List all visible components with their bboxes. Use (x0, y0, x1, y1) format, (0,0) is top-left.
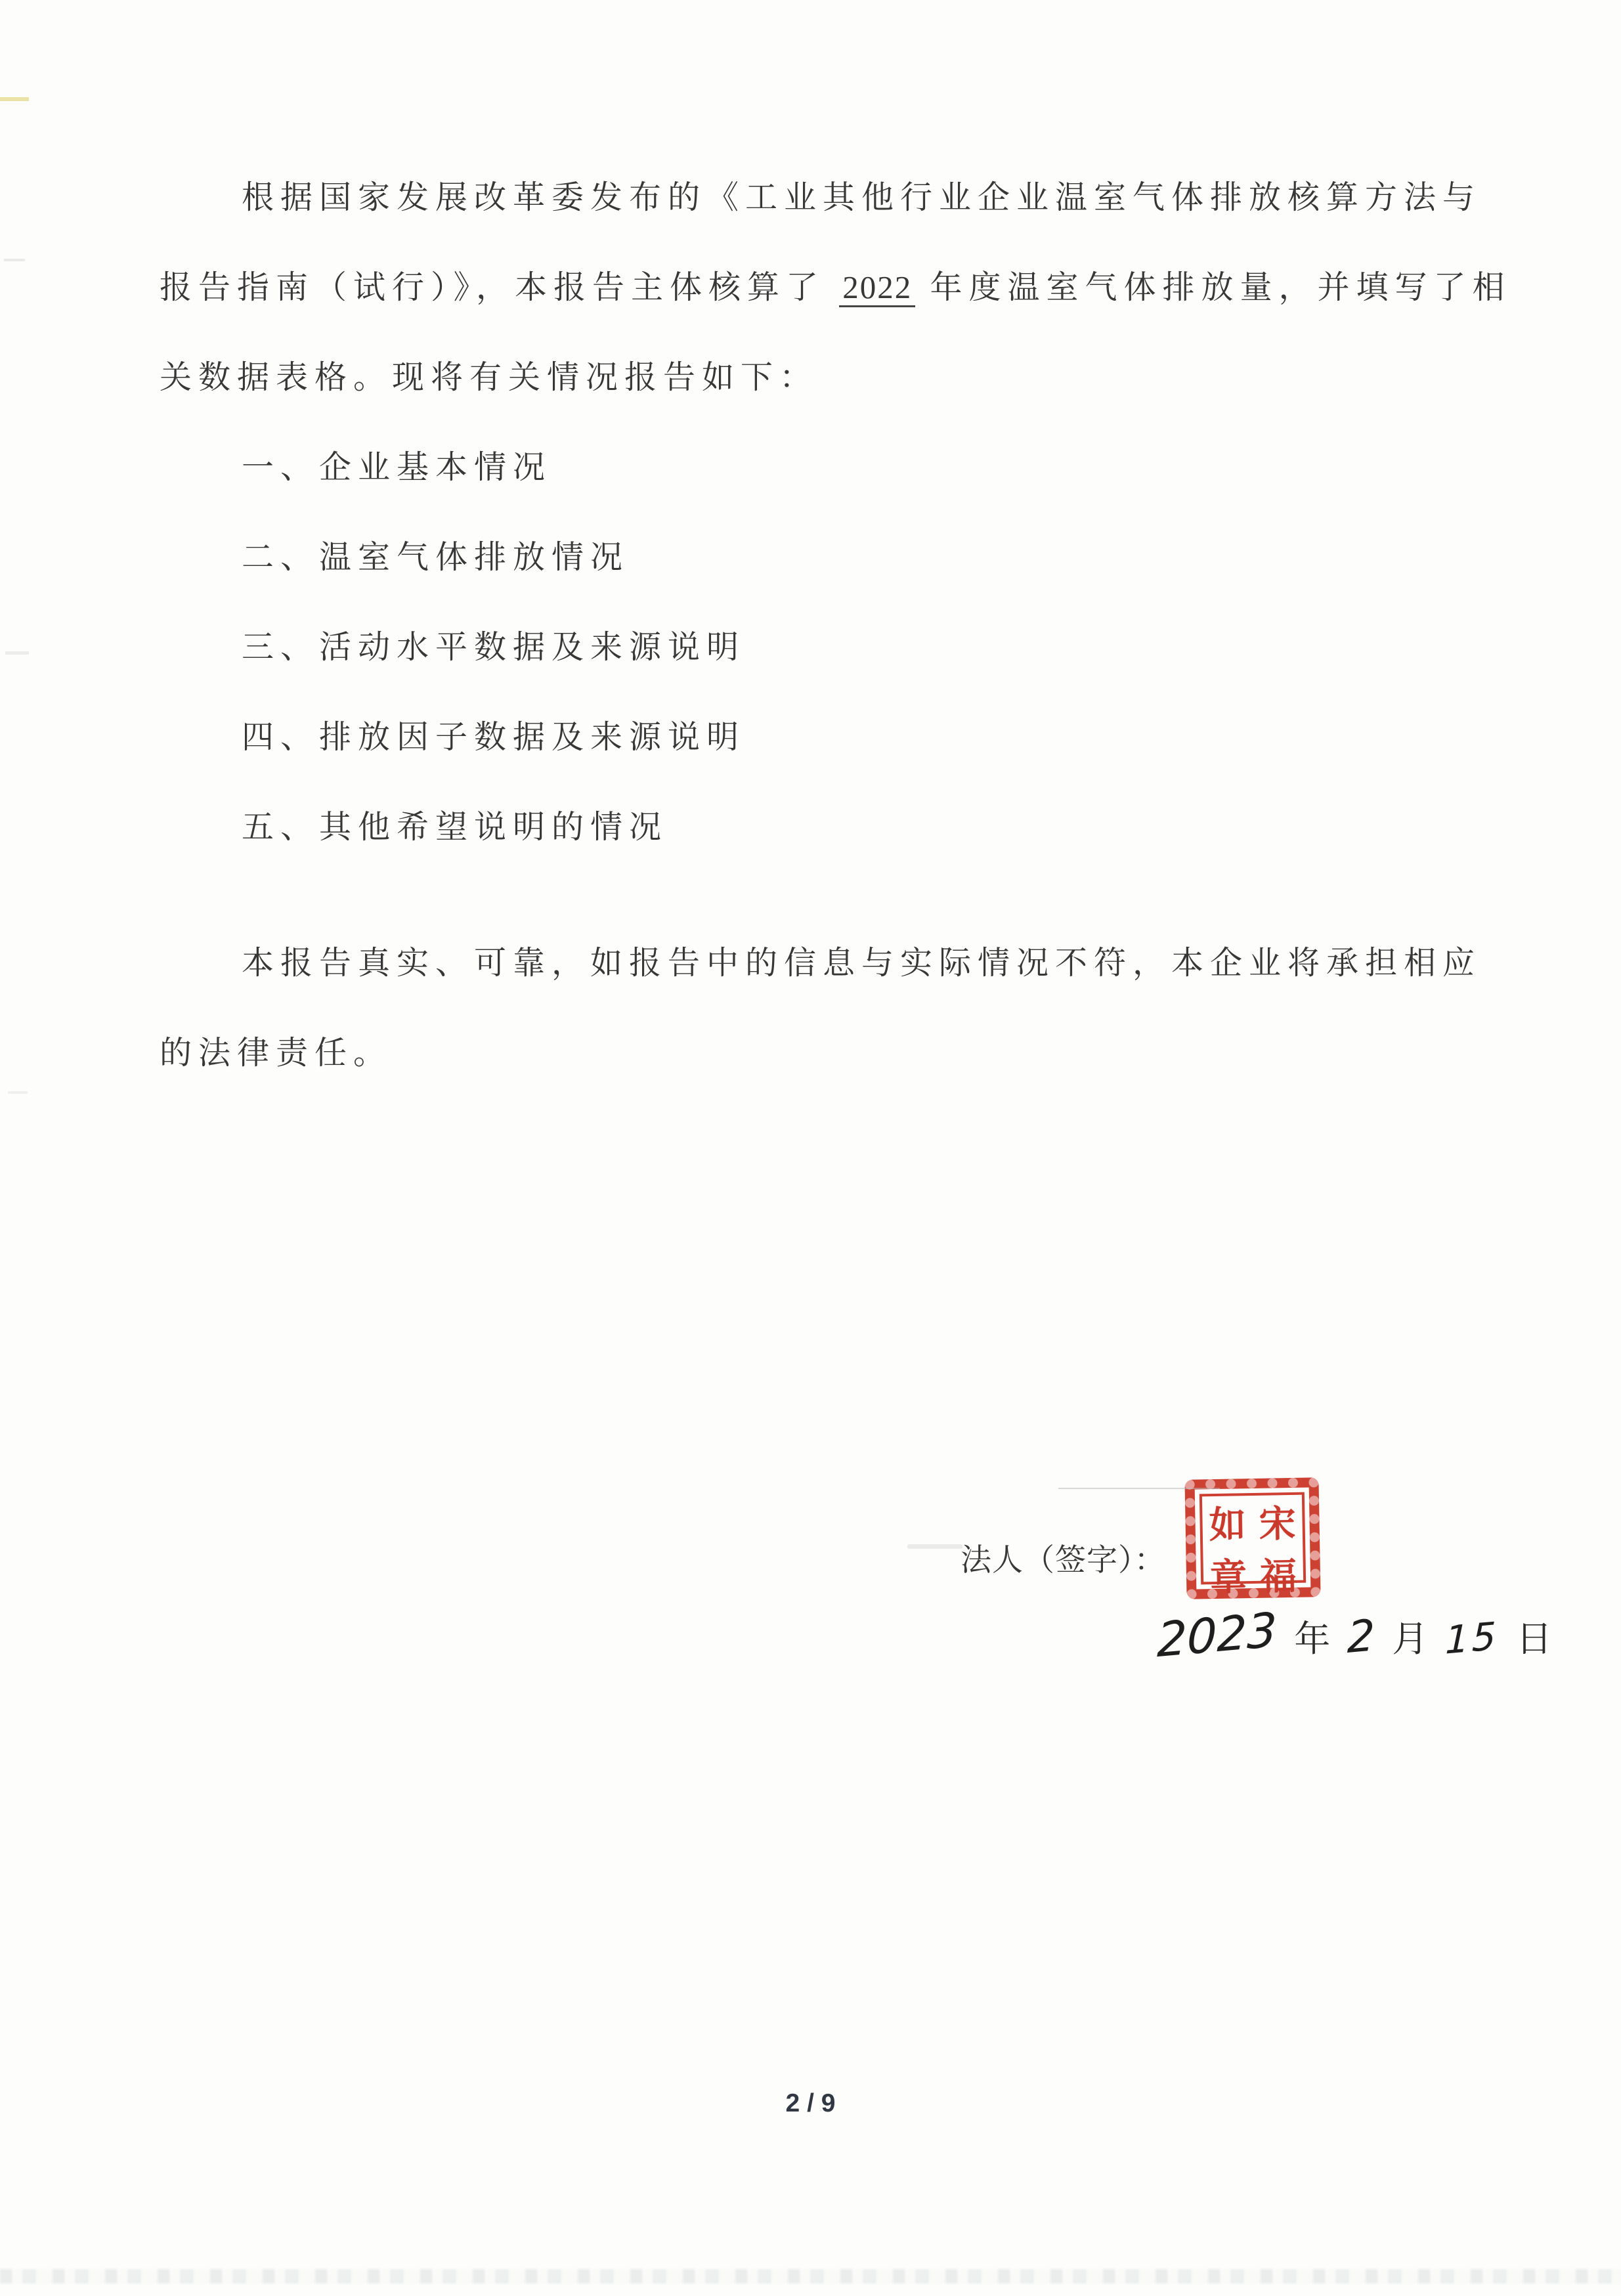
scan-artifact-yellow-mark (0, 97, 29, 101)
page-number: 2 / 9 (0, 2089, 1621, 2118)
paragraph1-line2-before: 报告指南（试行）》，本报告主体核算了 (160, 269, 839, 305)
seal-inner-frame: 如 宋 章 福 (1200, 1492, 1306, 1585)
seal-char-bottom-left: 章 (1203, 1548, 1253, 1601)
scan-artifact-bottom-band (0, 2269, 1621, 2284)
paragraph1-line1: 根据国家发展改革委发布的《工业其他行业企业温室气体排放核算方法与 (160, 152, 1525, 242)
toc-item-4-emission-factor-sources: 四、排放因子数据及来源说明 (242, 692, 1525, 782)
company-red-seal: 如 宋 章 福 (1184, 1477, 1320, 1599)
year-character: 年 (1294, 1610, 1330, 1662)
scan-artifact-edge-mark (4, 259, 25, 261)
scan-artifact-edge-mark (5, 651, 29, 655)
underlined-report-year: 2022 (839, 269, 915, 307)
paragraph1-line2-after: 年度温室气体排放量，并填写了相 (915, 269, 1511, 305)
month-character: 月 (1392, 1610, 1428, 1662)
handwritten-day: 15 (1445, 1613, 1500, 1662)
scan-artifact-edge-mark (8, 1091, 28, 1094)
report-body: 根据国家发展改革委发布的《工业其他行业企业温室气体排放核算方法与 报告指南（试行… (160, 152, 1525, 1098)
toc-item-5-other-notes: 五、其他希望说明的情况 (242, 782, 1525, 872)
toc-item-3-activity-data-sources: 三、活动水平数据及来源说明 (242, 602, 1525, 692)
toc-item-2-ghg-emission-status: 二、温室气体排放情况 (242, 512, 1525, 602)
seal-char-top-right: 宋 (1252, 1495, 1303, 1548)
paragraph1-line2: 报告指南（试行）》，本报告主体核算了 2022 年度温室气体排放量，并填写了相 (160, 242, 1525, 332)
legal-representative-signature-label: 法人（签字）： (961, 1531, 1166, 1590)
handwritten-year: 2023 (1157, 1602, 1278, 1668)
paragraph1-line3: 关数据表格。现将有关情况报告如下： (160, 332, 1525, 422)
seal-char-bottom-right: 福 (1253, 1548, 1303, 1601)
scan-artifact-smudge (907, 1544, 962, 1549)
toc-item-1-company-basic-info: 一、企业基本情况 (242, 422, 1525, 512)
seal-char-top-left: 如 (1202, 1496, 1253, 1549)
declaration-line2: 的法律责任。 (160, 1008, 1525, 1098)
declaration-line1: 本报告真实、可靠，如报告中的信息与实际情况不符，本企业将承担相应 (160, 918, 1525, 1008)
day-character: 日 (1516, 1610, 1552, 1662)
declaration-paragraph: 本报告真实、可靠，如报告中的信息与实际情况不符，本企业将承担相应 的法律责任。 (160, 918, 1525, 1098)
scanned-report-page: 根据国家发展改革委发布的《工业其他行业企业温室气体排放核算方法与 报告指南（试行… (0, 0, 1621, 2296)
handwritten-date: 2023 年 2 月 15 日 (1157, 1607, 1552, 1662)
handwritten-month: 2 (1347, 1610, 1375, 1663)
